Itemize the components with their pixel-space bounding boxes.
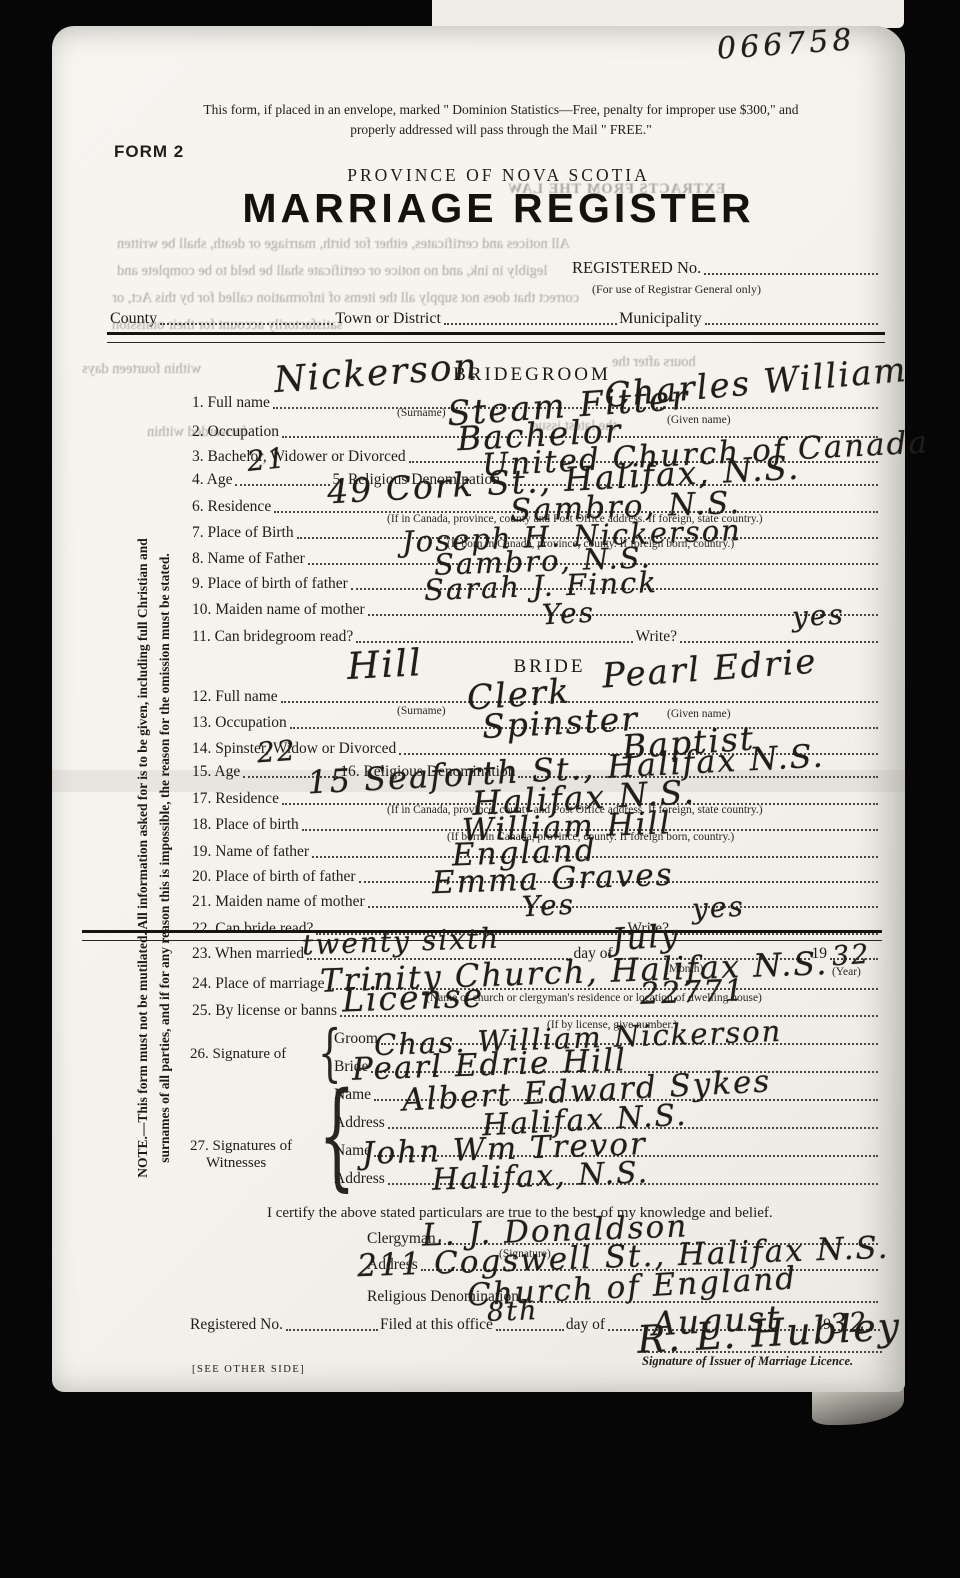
handwritten-bride-given-name: Pearl Edrie: [601, 645, 818, 694]
signature-of-label: 26. Signature of: [190, 1046, 286, 1063]
field-label: 9. Place of birth of father: [192, 575, 348, 593]
margin-note-line1: NOTE.—This form must not be mutilated. A…: [132, 538, 154, 1178]
field-label: 25. By license or banns: [192, 1002, 337, 1020]
county-label: County: [110, 310, 157, 328]
field-label: 21. Maiden name of mother: [192, 893, 365, 911]
handwritten-license-number: 22771: [640, 976, 746, 1010]
mailing-note: This form, if placed in an envelope, mar…: [152, 100, 850, 141]
mailing-note-line1: This form, if placed in an envelope, mar…: [152, 100, 850, 120]
field-label: 1. Full name: [192, 394, 270, 412]
handwritten-document-number: 066758: [716, 25, 856, 65]
field-label: 15. Age: [192, 763, 240, 781]
field-label: 20. Place of birth of father: [192, 868, 356, 886]
field-label: 8. Name of Father: [192, 550, 305, 568]
handwritten-bride-can-write: yes: [691, 893, 745, 924]
filed-label: Filed at this office: [380, 1316, 493, 1334]
handwritten-groom-age: 21: [246, 444, 288, 476]
field-label: 18. Place of birth: [192, 816, 299, 834]
municipality-label: Municipality: [619, 310, 702, 328]
dotted-line: [444, 323, 617, 325]
handwritten-marriage-day: twenty sixth: [302, 925, 501, 960]
name-label: Name: [334, 1086, 371, 1104]
handwritten-bride-age: 22: [256, 737, 297, 768]
day-of-label: day of: [566, 1316, 605, 1334]
handwritten-witness2-address: Halifax, N.S.: [432, 1158, 650, 1196]
field-label: 10. Maiden name of mother: [192, 601, 365, 619]
field-groom-mother: 10. Maiden name of mother: [192, 601, 880, 619]
margin-note: NOTE.—This form must not be mutilated. A…: [132, 538, 176, 1178]
field-label: 19. Name of father: [192, 843, 309, 861]
handwritten-groom-can-write: yes: [791, 601, 845, 632]
field-label: 23. When married: [192, 945, 304, 963]
field-label: 24. Place of marriage: [192, 975, 325, 993]
page-title: MARRIAGE REGISTER: [92, 185, 905, 232]
dotted-line: [680, 641, 878, 643]
write-label: Write?: [635, 628, 677, 646]
form-number-label: FORM 2: [114, 142, 184, 162]
field-label: 6. Residence: [192, 498, 271, 516]
see-other-side-note: [SEE OTHER SIDE]: [192, 1364, 305, 1375]
witnesses-label: 27. Signatures of Witnesses: [190, 1138, 292, 1173]
registered-no-label: Registered No.: [190, 1316, 283, 1334]
dotted-line: [705, 323, 878, 325]
page-corner-curl: [812, 1389, 904, 1425]
dotted-line: [235, 484, 330, 486]
address-label: Address: [334, 1170, 385, 1188]
mailing-note-line2: properly addressed will pass through the…: [152, 120, 850, 140]
field-label: 11. Can bridegroom read?: [192, 628, 353, 646]
dotted-line: [160, 323, 333, 325]
field-label: 17. Residence: [192, 790, 279, 808]
handwritten-bride-surname: Hill: [346, 644, 424, 685]
ghost-text: within fourteen days: [82, 361, 201, 378]
field-label: 3. Bachelor, Widower or Divorced: [192, 448, 406, 466]
location-row: County Town or District Municipality: [110, 310, 880, 328]
handwritten-groom-surname: Nickerson: [273, 349, 480, 399]
town-district-label: Town or District: [335, 310, 441, 328]
registered-no-row: REGISTERED No.: [572, 258, 880, 278]
surname-caption: (Surname): [397, 407, 446, 419]
field-label: 7. Place of Birth: [192, 524, 294, 542]
handwritten-bride-status: Spinster: [481, 702, 640, 743]
ghost-text: correct that does not supply all the ite…: [112, 290, 579, 307]
witnesses-label-line2: Witnesses: [206, 1155, 292, 1172]
marriage-register-page: EXTRACTS FROM THE LAW All notices and ce…: [52, 26, 905, 1392]
witnesses-label-line1: 27. Signatures of: [190, 1138, 292, 1154]
dotted-line: [496, 1329, 564, 1331]
province-heading: PROVINCE OF NOVA SCOTIA: [92, 165, 905, 186]
field-label: 4. Age: [192, 471, 232, 489]
field-label: 13. Occupation: [192, 714, 287, 732]
handwritten-marriage-year: 32: [831, 941, 871, 971]
dotted-line: [704, 273, 878, 275]
registered-no-caption: (For use of Registrar General only): [592, 282, 761, 297]
handwritten-filed-day: 8th: [487, 1297, 539, 1326]
dotted-line: [368, 906, 878, 908]
handwritten-bride-can-read: Yes: [521, 891, 575, 922]
field-label: 2. Occupation: [192, 423, 279, 441]
registered-no-label: REGISTERED No.: [572, 258, 701, 278]
ghost-text: legibly in ink, and no notice or certifi…: [117, 263, 547, 280]
margin-note-line2: surnames of all parties, and if for any …: [154, 538, 176, 1178]
address-label: Address: [334, 1114, 385, 1132]
section-divider: [107, 332, 885, 343]
dotted-line: [286, 1329, 378, 1331]
ghost-text: All notices and certificates, either for…: [117, 236, 570, 253]
issuer-signature-caption: Signature of Issuer of Marriage Licence.: [642, 1354, 853, 1369]
handwritten-groom-can-read: Yes: [541, 599, 595, 630]
handwritten-license-word: License: [341, 979, 484, 1017]
groom-label: Groom: [334, 1030, 378, 1048]
field-label: 12. Full name: [192, 688, 278, 706]
